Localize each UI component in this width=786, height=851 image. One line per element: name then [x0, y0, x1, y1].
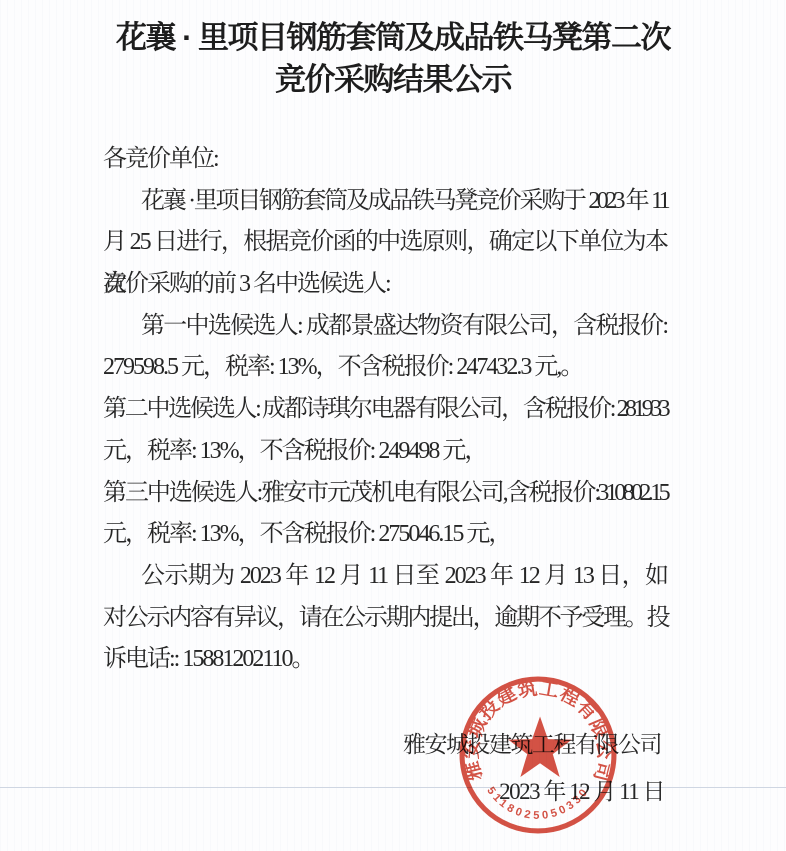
- document-title: 花襄 · 里项目钢筋套筒及成品铁马凳第二次 竞价采购结果公示: [0, 0, 786, 101]
- title-line-2: 竞价采购结果公示: [0, 59, 786, 101]
- document-body: 各竞价单位: 花襄 ·里项目钢筋套筒及成品铁马凳竞价采购于 2023 年 11 …: [103, 139, 667, 681]
- body-line-5: 279598.5 元，税率: 13%，不含税报价: 247432.3 元,。: [103, 347, 667, 389]
- body-line-3: 竞价采购的前 3 名中选候选人:: [103, 264, 667, 306]
- body-line-salutation: 各竞价单位:: [103, 139, 667, 181]
- body-line-1: 花襄 ·里项目钢筋套筒及成品铁马凳竞价采购于 2023 年 11: [103, 181, 667, 223]
- signature-company: 雅安城投建筑工程有限公司: [103, 725, 665, 765]
- body-line-9: 元，税率: 13%，不含税报价: 275046.15 元，: [103, 514, 667, 556]
- body-line-12: 诉电话:: 15881202110。: [103, 639, 667, 681]
- body-line-2: 月 25 日进行，根据竞价函的中选原则，确定以下单位为本次: [103, 222, 667, 264]
- document-page: 花襄 · 里项目钢筋套筒及成品铁马凳第二次 竞价采购结果公示 各竞价单位: 花襄…: [0, 0, 786, 851]
- signature-date: 2023 年 12 月 11 日: [103, 772, 665, 812]
- body-line-11: 对公示内容有异议，请在公示期内提出，逾期不予受理。投: [103, 598, 667, 640]
- body-line-8: 第三中选候选人:雅安市元茂机电有限公司,含税报价:310802.15: [103, 473, 667, 515]
- body-line-6: 第二中选候选人: 成都诗琪尔电器有限公司，含税报价: 281933: [103, 389, 667, 431]
- body-line-10: 公示期为 2023 年 12 月 11 日至 2023 年 12 月 13 日，…: [103, 556, 667, 598]
- signature-block: 雅安城投建筑工程有限公司 2023 年 12 月 11 日: [103, 725, 665, 812]
- title-line-1: 花襄 · 里项目钢筋套筒及成品铁马凳第二次: [0, 17, 786, 59]
- body-line-4: 第一中选候选人: 成都景盛达物资有限公司，含税报价:: [103, 306, 667, 348]
- body-line-7: 元，税率: 13%，不含税报价: 249498 元，: [103, 431, 667, 473]
